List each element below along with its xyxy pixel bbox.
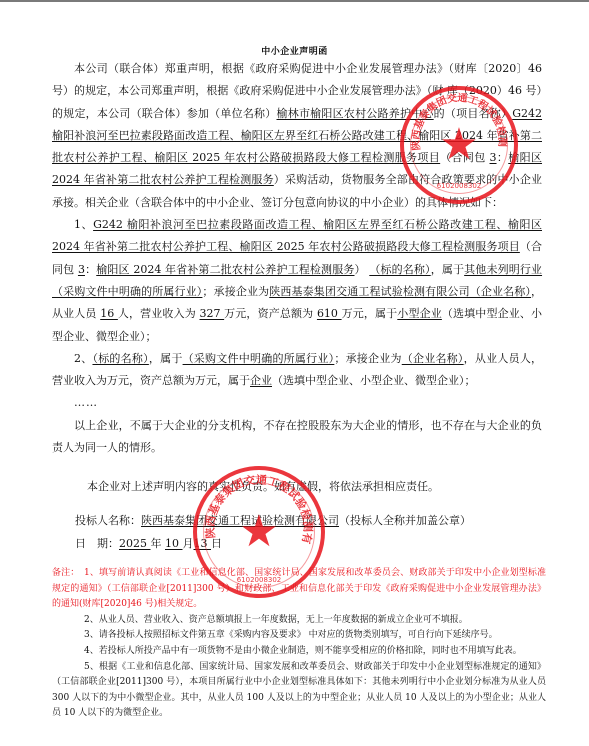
item-text: ；承接企业为 <box>202 285 269 298</box>
bidder-name: 陕西基泰集团交通工程试验检测有限公司 <box>141 514 339 527</box>
total-assets: 610 <box>317 307 342 320</box>
company-name: （企业名称） <box>402 352 464 365</box>
note-3: 3、请各投标人按照招标文件第五章《采购内容及要求》 中对应的货物类别填写，可自行… <box>52 628 546 644</box>
item-text: ） <box>355 263 366 276</box>
note-5: 5、根据《工业和信息化部、国家统计局、国家发展和改革委员会、财政部关于印发中小企… <box>52 660 546 722</box>
responsibility-statement: 本企业对上述声明内容的真实性负责。如有虚假，将依法承担相应责任。 <box>87 478 439 494</box>
subject-label: （标的名称） <box>369 263 430 276</box>
item-text: 人，营业收入为 <box>118 307 200 320</box>
date-label: 日 期： <box>75 537 119 550</box>
bidder-label: 投标人名称： <box>75 514 141 527</box>
date-month: 10 <box>165 537 183 550</box>
industry: （采购文件中明确的所属行业） <box>183 352 335 365</box>
document-title: 中小企业声明函 <box>0 44 589 57</box>
intro-paragraph: 本公司（联合体）郑重声明，根据《政府采购促进中小企业发展管理办法》（财库〔202… <box>52 58 542 214</box>
item-text: ： <box>85 263 96 276</box>
note-1: 备注： 1、填写前请认真阅读《工业和信息化部、国家统计局、国家发展和改革委员会、… <box>52 566 546 613</box>
intro-text: （合同包 <box>440 151 489 164</box>
item-text: ，属于 <box>149 352 183 365</box>
intro-text: ： <box>497 151 509 164</box>
enterprise-size: 企业 <box>250 374 272 387</box>
item-2-paragraph: 2、（标的名称），属于（采购文件中明确的所属行业）；承接企业为（企业名称），从业… <box>52 348 542 393</box>
date-text: 年 <box>151 537 166 550</box>
note-4: 4、若投标人所投产品中有一项货物不是由小微企业制造，则不能享受相应的价格扣除，同… <box>52 644 546 660</box>
item-text: ；承接企业为 <box>334 352 401 365</box>
statement-paragraph: 以上企业，不属于大企业的分支机构，不存在控股股东为大企业的情形，也不存在与大企业… <box>52 415 542 460</box>
item-subject: （标的名称） <box>92 352 148 365</box>
item-subject: G242 榆阳补浪河至巴拉素段路面改造工程、榆阳区左界至红石桥公路改建工程、榆阳… <box>52 218 542 253</box>
staff-count: 16 <box>100 307 118 320</box>
document-page: 中小企业声明函 本公司（联合体）郑重声明，根据《政府采购促进中小企业发展管理办法… <box>0 0 589 746</box>
date-text: 月 <box>183 537 194 550</box>
date-year: 2025 <box>119 537 151 550</box>
revenue: 327 <box>200 307 225 320</box>
intro-text: 的（项目名称） <box>434 107 513 120</box>
ellipsis: …… <box>52 392 542 414</box>
bidder-hint: （投标人全称并加盖公章） <box>339 514 471 527</box>
date-day: 13 <box>194 537 212 550</box>
notes-section: 备注： 1、填写前请认真阅读《工业和信息化部、国家统计局、国家发展和改革委员会、… <box>52 566 546 722</box>
item-text: （选填中型企业、小型企业、微型企业）； <box>272 374 476 387</box>
date-text: 日 <box>211 537 222 550</box>
item-1-paragraph: 1、G242 榆阳补浪河至巴拉素段路面改造工程、榆阳区左界至红石桥公路改建工程、… <box>52 214 542 348</box>
enterprise-size: 小型企业 <box>397 307 442 320</box>
date-line: 日 期：2025 年 10 月13 日 <box>75 535 222 551</box>
item-text: 万元，资产总额为 <box>224 307 317 320</box>
package-number: 3 <box>78 263 85 276</box>
document-body: 本公司（联合体）郑重声明，根据《政府采购促进中小企业发展管理办法》（财库〔202… <box>52 58 542 459</box>
bidder-line: 投标人名称：陕西基泰集团交通工程试验检测有限公司（投标人全称并加盖公章） <box>75 512 471 528</box>
package-name: 榆阳区 2024 年省补第二批农村公养护工程检测服务 <box>96 263 354 276</box>
package-number: 3 <box>490 151 497 164</box>
item-number: 1、 <box>74 218 93 231</box>
company-name: 陕西基泰集团交通工程试验检测有限公司（企业名称） <box>269 285 531 298</box>
note-2: 2、从业人员、营业收入、资产总额填报上一年度数据，无上一年度数据的新成立企业可不… <box>52 613 546 629</box>
item-number: 2、 <box>74 352 92 365</box>
item-text: 万元，属于 <box>342 307 398 320</box>
unit-name: 榆林市榆阳区农村公路养护中心 <box>277 107 434 120</box>
item-text: ，属于 <box>431 263 464 276</box>
